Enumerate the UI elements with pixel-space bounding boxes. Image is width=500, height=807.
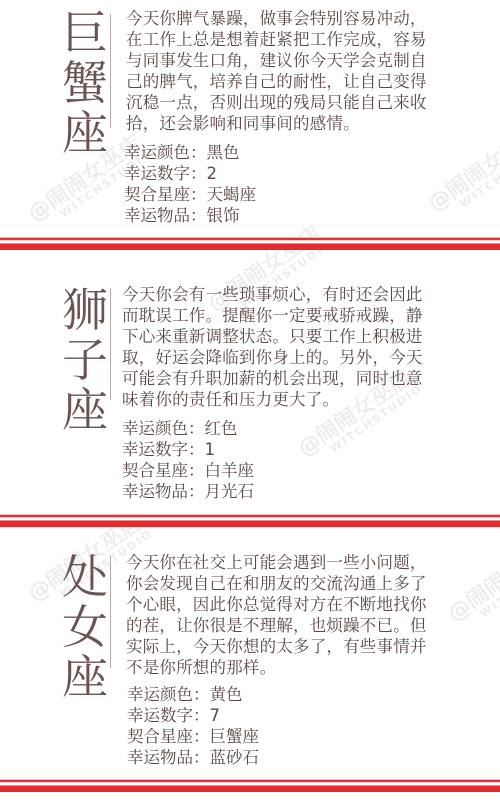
paragraph-line: 味着你的责任和压力更大了。 <box>122 389 423 410</box>
title-separator <box>110 288 111 400</box>
paragraph-line: 下心来重新调整状态。只要工作上积极进 <box>122 326 423 347</box>
section-divider <box>0 779 500 792</box>
paragraph-line: 拾，还会影响和同事间的感情。 <box>126 113 427 134</box>
paragraph-line: 今天你在社交上可能会遇到一些小问题， <box>126 552 427 573</box>
paragraph-line: 今天你脾气暴躁，做事会特别容易冲动， <box>126 8 427 29</box>
lucky-item: 幸运物品：银饰 <box>124 205 256 226</box>
paragraph-line: 个心眼，因此你总觉得对方在不断地找你 <box>126 594 427 615</box>
section-divider <box>0 237 500 250</box>
lucky-facts: 幸运颜色：黑色 幸运数字：2 契合星座：天蝎座 幸运物品：银饰 <box>124 142 256 226</box>
lucky-color: 幸运颜色：黑色 <box>124 142 256 163</box>
sign-title-char: 座 <box>62 652 108 702</box>
paragraph-line: 今天你会有一些琐事烦心，有时还会因此 <box>122 284 423 305</box>
paragraph-line: 取，好运会降临到你身上的。另外，今天 <box>122 347 423 368</box>
sign-title-char: 处 <box>62 552 108 602</box>
watermark: @闹闹女巫店WITCHSTUDIO <box>421 115 500 226</box>
paragraph-line: 沉稳一点，否则出现的残局只能自己来收 <box>126 92 427 113</box>
horoscope-paragraph: 今天你脾气暴躁，做事会特别容易冲动， 在工作上总是想着赶紧把工作完成，容易 与同… <box>126 8 427 134</box>
paragraph-line: 己的脾气，培养自己的耐性，让自己变得 <box>126 71 427 92</box>
title-separator <box>110 556 111 668</box>
horoscope-paragraph: 今天你会有一些琐事烦心，有时还会因此 而耽误工作。提醒你一定要戒骄戒躁，静 下心… <box>122 284 423 410</box>
horoscope-paragraph: 今天你在社交上可能会遇到一些小问题， 你会发现自己在和朋友的交流沟通上多了 个心… <box>126 552 427 678</box>
lucky-facts: 幸运颜色：红色 幸运数字：1 契合星座：白羊座 幸运物品：月光石 <box>122 418 254 502</box>
lucky-item: 幸运物品：蓝砂石 <box>127 747 259 768</box>
title-separator <box>110 14 111 128</box>
sign-title-cancer: 巨 蟹 座 <box>62 8 108 158</box>
paragraph-line: 实际上，今天你想的太多了，有些事情并 <box>126 636 427 657</box>
paragraph-line: 不是你所想的那样。 <box>126 657 427 678</box>
sign-title-char: 座 <box>62 108 108 158</box>
paragraph-line: 而耽误工作。提醒你一定要戒骄戒躁，静 <box>122 305 423 326</box>
matching-sign: 契合星座：巨蟹座 <box>127 726 259 747</box>
lucky-color: 幸运颜色：红色 <box>122 418 254 439</box>
sign-title-char: 座 <box>62 385 108 435</box>
section-divider <box>0 514 500 527</box>
lucky-number: 幸运数字：1 <box>122 439 254 460</box>
watermark: @闹闹女巫店WITCHSTUDIO <box>441 525 500 636</box>
lucky-number: 幸运数字：7 <box>127 705 259 726</box>
lucky-color: 幸运颜色：黄色 <box>127 684 259 705</box>
lucky-item: 幸运物品：月光石 <box>122 481 254 502</box>
matching-sign: 契合星座：天蝎座 <box>124 184 256 205</box>
sign-title-char: 子 <box>62 335 108 385</box>
paragraph-line: 与同事发生口角，建议你今天学会克制自 <box>126 50 427 71</box>
lucky-facts: 幸运颜色：黄色 幸运数字：7 契合星座：巨蟹座 幸运物品：蓝砂石 <box>127 684 259 768</box>
paragraph-line: 的茬，让你很是不理解，也烦躁不已。但 <box>126 615 427 636</box>
paragraph-line: 在工作上总是想着赶紧把工作完成，容易 <box>126 29 427 50</box>
paragraph-line: 你会发现自己在和朋友的交流沟通上多了 <box>126 573 427 594</box>
sign-title-char: 狮 <box>62 285 108 335</box>
sign-title-char: 蟹 <box>62 58 108 108</box>
sign-title-char: 巨 <box>62 8 108 58</box>
paragraph-line: 可能会有升职加薪的机会出现，同时也意 <box>122 368 423 389</box>
matching-sign: 契合星座：白羊座 <box>122 460 254 481</box>
sign-title-char: 女 <box>62 602 108 652</box>
sign-title-virgo: 处 女 座 <box>62 552 108 702</box>
lucky-number: 幸运数字：2 <box>124 163 256 184</box>
sign-title-leo: 狮 子 座 <box>62 285 108 435</box>
